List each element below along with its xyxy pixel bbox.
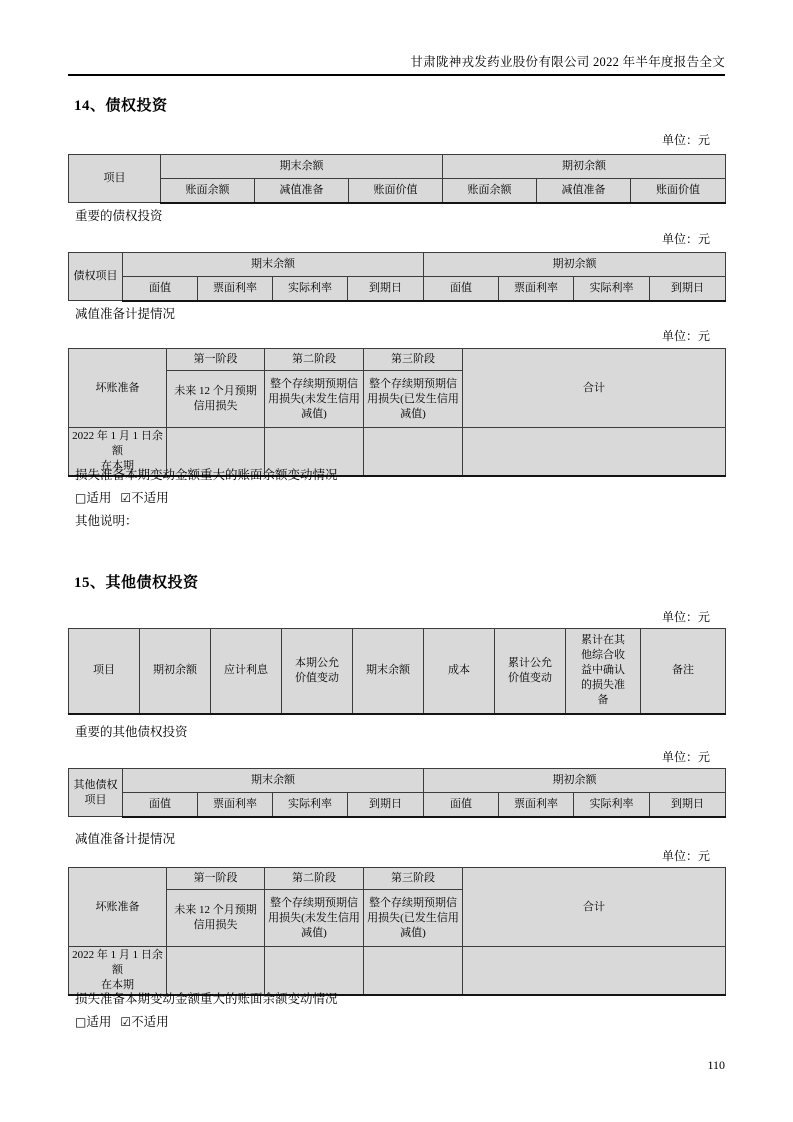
col-group-beginning-balance: 期初余额 xyxy=(443,155,726,179)
col-header-stage3: 第三阶段 xyxy=(364,349,463,371)
applicable-label: 适用 xyxy=(86,1015,111,1029)
debt-investment-balance-table: 项目 期末余额 期初余额 账面余额 减值准备 账面价值 账面余额 减值准备 账面… xyxy=(68,154,726,204)
col-header-effective-rate: 实际利率 xyxy=(273,793,348,817)
col-header-face-value: 面值 xyxy=(424,793,499,817)
col-group-ending-balance: 期末余额 xyxy=(161,155,443,179)
impairment-provision-label: 减值准备计提情况 xyxy=(75,304,175,322)
col-header-coupon-rate: 票面利率 xyxy=(198,277,273,301)
col-header-stage3-desc: 整个存续期预期信用损失(已发生信用减值) xyxy=(364,371,463,428)
col-group-ending-balance: 期末余额 xyxy=(123,253,424,277)
col-header-item: 项目 xyxy=(69,629,140,714)
col-header-other-debt-item: 其他债权项目 xyxy=(69,769,123,817)
page-number: 110 xyxy=(68,1058,725,1073)
col-header-stage2: 第二阶段 xyxy=(265,868,364,890)
col-header-cumulative-fair-value-change: 累计公允价值变动 xyxy=(495,629,566,714)
impairment-provision-label: 减值准备计提情况 xyxy=(75,829,175,847)
col-header-bad-debt-provision: 坏账准备 xyxy=(69,349,167,428)
empty-data-cell xyxy=(167,947,265,996)
col-group-beginning-balance: 期初余额 xyxy=(424,253,726,277)
col-header-stage2-desc: 整个存续期预期信用损失(未发生信用减值) xyxy=(265,890,364,947)
col-group-ending-balance: 期末余额 xyxy=(123,769,424,793)
col-header-stage1: 第一阶段 xyxy=(167,349,265,371)
col-header-maturity-date: 到期日 xyxy=(348,277,424,301)
checkbox-unchecked-icon: □ xyxy=(75,1015,86,1029)
col-header-impairment-provision: 减值准备 xyxy=(537,179,631,203)
important-other-debt-investment-label: 重要的其他债权投资 xyxy=(75,722,188,740)
col-header-coupon-rate: 票面利率 xyxy=(499,277,574,301)
col-header-total: 合计 xyxy=(463,868,726,947)
col-header-stage2-desc: 整个存续期预期信用损失(未发生信用减值) xyxy=(265,371,364,428)
col-group-beginning-balance: 期初余额 xyxy=(424,769,726,793)
col-header-impairment-provision: 减值准备 xyxy=(255,179,349,203)
col-header-cost: 成本 xyxy=(424,629,495,714)
applicable-option: □适用 xyxy=(75,1015,111,1029)
col-header-maturity-date: 到期日 xyxy=(650,793,726,817)
row-label-line: 2022 年 1 月 1 日余额 xyxy=(72,429,163,459)
loss-provision-change-label: 损失准备本期变动金额重大的账面余额变动情况 xyxy=(75,465,338,483)
not-applicable-option: ☑不适用 xyxy=(120,491,168,505)
unit-label: 单位：元 xyxy=(68,327,710,344)
other-debt-investment-overview-table: 项目 期初余额 应计利息 本期公允价值变动 期末余额 成本 累计公允价值变动 累… xyxy=(68,628,726,715)
col-header-face-value: 面值 xyxy=(123,793,198,817)
checkbox-unchecked-icon: □ xyxy=(75,491,86,505)
unit-label: 单位：元 xyxy=(68,847,710,864)
unit-label: 单位：元 xyxy=(68,131,710,148)
empty-data-cell xyxy=(364,428,463,477)
col-header-stage2: 第二阶段 xyxy=(265,349,364,371)
bad-debt-provision-table: 坏账准备 第一阶段 第二阶段 第三阶段 合计 未来 12 个月预期信用损失 整个… xyxy=(68,348,726,477)
col-header-item: 项目 xyxy=(69,155,161,203)
applicability-checkboxes: □适用☑不适用 xyxy=(75,488,169,506)
col-header-face-value: 面值 xyxy=(123,277,198,301)
unit-label: 单位：元 xyxy=(68,748,710,765)
col-header-book-balance: 账面余额 xyxy=(161,179,255,203)
col-header-cumulative-loss-in-oci: 累计在其他综合收益中确认的损失准备 xyxy=(566,629,641,714)
col-header-effective-rate: 实际利率 xyxy=(574,277,650,301)
col-header-debt-item: 债权项目 xyxy=(69,253,123,301)
applicable-label: 适用 xyxy=(86,491,111,505)
col-header-stage1-desc: 未来 12 个月预期信用损失 xyxy=(167,371,265,428)
col-header-maturity-date: 到期日 xyxy=(348,793,424,817)
col-header-stage3: 第三阶段 xyxy=(364,868,463,890)
other-notes-label: 其他说明： xyxy=(75,511,138,529)
report-page: 甘肃陇神戎发药业股份有限公司 2022 年半年度报告全文 14、债权投资 单位：… xyxy=(0,0,793,1122)
col-header-book-balance: 账面余额 xyxy=(443,179,537,203)
empty-data-cell xyxy=(364,947,463,996)
col-header-coupon-rate: 票面利率 xyxy=(499,793,574,817)
important-other-debt-investment-table: 其他债权项目 期末余额 期初余额 面值 票面利率 实际利率 到期日 面值 票面利… xyxy=(68,768,726,818)
applicable-option: □适用 xyxy=(75,491,111,505)
applicability-checkboxes: □适用☑不适用 xyxy=(75,1012,169,1030)
col-header-stage3-desc: 整个存续期预期信用损失(已发生信用减值) xyxy=(364,890,463,947)
col-header-total: 合计 xyxy=(463,349,726,428)
col-header-beginning-balance: 期初余额 xyxy=(140,629,211,714)
checkbox-checked-icon: ☑ xyxy=(120,491,131,505)
section-15-title: 15、其他债权投资 xyxy=(74,571,199,592)
col-header-ending-balance: 期末余额 xyxy=(353,629,424,714)
not-applicable-label: 不适用 xyxy=(131,491,169,505)
header-rule xyxy=(68,74,725,76)
empty-data-cell xyxy=(265,947,364,996)
not-applicable-label: 不适用 xyxy=(131,1015,169,1029)
col-header-stage1-desc: 未来 12 个月预期信用损失 xyxy=(167,890,265,947)
important-debt-investment-label: 重要的债权投资 xyxy=(75,206,163,224)
col-header-effective-rate: 实际利率 xyxy=(574,793,650,817)
unit-label: 单位：元 xyxy=(68,608,710,625)
col-header-remarks: 备注 xyxy=(641,629,726,714)
col-header-effective-rate: 实际利率 xyxy=(273,277,348,301)
unit-label: 单位：元 xyxy=(68,230,710,247)
section-14-title: 14、债权投资 xyxy=(74,94,168,115)
col-header-accrued-interest: 应计利息 xyxy=(211,629,282,714)
row-header-opening-balance: 2022 年 1 月 1 日余额 在本期 xyxy=(69,947,167,996)
checkbox-checked-icon: ☑ xyxy=(120,1015,131,1029)
empty-data-cell xyxy=(463,947,726,996)
row-label-line: 2022 年 1 月 1 日余额 xyxy=(72,948,163,978)
col-header-book-value: 账面价值 xyxy=(631,179,726,203)
page-header-title: 甘肃陇神戎发药业股份有限公司 2022 年半年度报告全文 xyxy=(68,52,725,70)
loss-provision-change-label: 损失准备本期变动金额重大的账面余额变动情况 xyxy=(75,989,338,1007)
col-header-maturity-date: 到期日 xyxy=(650,277,726,301)
col-header-coupon-rate: 票面利率 xyxy=(198,793,273,817)
col-header-book-value: 账面价值 xyxy=(349,179,443,203)
col-header-face-value: 面值 xyxy=(424,277,499,301)
col-header-fair-value-change: 本期公允价值变动 xyxy=(282,629,353,714)
bad-debt-provision-table: 坏账准备 第一阶段 第二阶段 第三阶段 合计 未来 12 个月预期信用损失 整个… xyxy=(68,867,726,996)
not-applicable-option: ☑不适用 xyxy=(120,1015,168,1029)
important-debt-investment-table: 债权项目 期末余额 期初余额 面值 票面利率 实际利率 到期日 面值 票面利率 … xyxy=(68,252,726,302)
col-header-stage1: 第一阶段 xyxy=(167,868,265,890)
empty-data-cell xyxy=(463,428,726,477)
col-header-bad-debt-provision: 坏账准备 xyxy=(69,868,167,947)
